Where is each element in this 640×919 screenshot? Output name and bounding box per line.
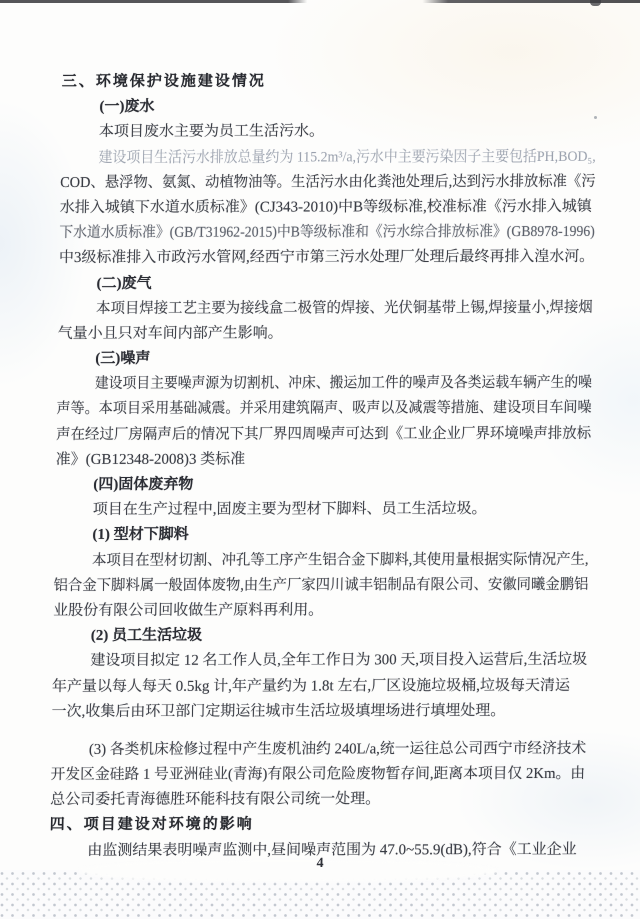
text-run: (3) 各类机床检修过程中产生废机油约 240L/a,统一运往总公司西宁市经济技… — [89, 737, 587, 763]
text-run: 项目在生产过程中,固废主要为型材下脚料、员工生活垃圾。 — [93, 497, 487, 523]
text-run: 铝合金下脚料属一般固体废物,由生产厂家四川诚丰铝制品有限公司、安徽同曦金鹏铝 — [53, 573, 588, 599]
scan-ink-blob — [590, 0, 601, 6]
text-run: 开发区金硅路 1 号亚洲硅业(青海)有限公司危险废物暂存间,距离本项目仅 2Km… — [50, 762, 585, 788]
text-run: 下水道水质标准》(GB/T31962-2015)中B等级标准和《污水综合排放标准… — [59, 220, 595, 246]
subsection-heading: (1) 型材下脚料 — [54, 522, 589, 548]
text-run: 准》(GB12348-2008)3 类标准 — [55, 447, 245, 473]
subsection-heading: (二)废气 — [58, 270, 593, 296]
text-line: 准》(GB12348-2008)3 类标准 — [55, 447, 590, 473]
text-run: 建设项目拟定 12 名工作人员,全年工作日为 300 天,项目投入运营后,生活垃… — [90, 648, 587, 674]
text-line: 年产量以每人每天 0.5kg 计,年产量约为 1.8t 左右,厂区设施垃圾桶,垃… — [52, 673, 587, 699]
scanned-document: 三、环境保护设施建设情况(一)废水本项目废水主要为员工生活污水。建设项目生活污水… — [0, 0, 640, 919]
text-run: 建设项目生活污水排放总量约为 115.2m³/a,污水中主要污染因子主要包括PH… — [98, 144, 596, 170]
text-run: 四、项目建设对环境的影响 — [50, 813, 254, 839]
section-heading: 四、项目建设对环境的影响 — [50, 812, 585, 838]
text-line: COD、悬浮物、氨氮、动植物油等。生活污水由化粪池处理后,达到污水排放标准《污 — [60, 170, 595, 196]
text-line: 气量小且只对车间内部产生影响。 — [58, 321, 593, 347]
text-run: 本项目在型材切割、冲孔等工序产生铝合金下脚料,其使用量根据实际情况产生, — [92, 547, 589, 573]
text-run: (二)废气 — [96, 271, 151, 296]
text-line: 声等。本项目采用基础减震。并采用建筑隔声、吸声以及减震等措施、建设项目车间噪 — [56, 396, 591, 422]
text-run: (2) 员工生活垃圾 — [91, 624, 203, 649]
text-run: 本项目焊接工艺主要为接线盒二极管的焊接、光伏铜基带上锡,焊接量小,焊接烟 — [96, 296, 593, 322]
text-run: (一)废水 — [99, 95, 154, 120]
text-run: 年产量以每人每天 0.5kg 计,年产量约为 1.8t 左右,厂区设施垃圾桶,垃… — [52, 673, 570, 699]
text-line: 总公司委托青海德胜环能科技有限公司统一处理。 — [50, 787, 585, 813]
text-run: 本项目废水主要为员工生活污水。 — [99, 120, 324, 146]
text-line: 本项目焊接工艺主要为接线盒二极管的焊接、光伏铜基带上锡,焊接量小,焊接烟 — [58, 296, 593, 322]
text-run: (三)噪声 — [95, 347, 150, 372]
text-line: 本项目在型材切割、冲孔等工序产生铝合金下脚料,其使用量根据实际情况产生, — [54, 547, 589, 573]
text-run: 中3级标准排入市政污水管网,经西宁市第三污水处理厂处理后最终再排入湟水河。 — [59, 245, 595, 271]
text-run: (四)固体废弃物 — [93, 473, 193, 498]
subsection-heading: (三)噪声 — [57, 346, 592, 372]
text-line: 建设项目生活污水排放总量约为 115.2m³/a,污水中主要污染因子主要包括PH… — [60, 144, 595, 170]
subsection-heading: (四)固体废弃物 — [55, 472, 590, 498]
section-heading: 三、环境保护设施建设情况 — [62, 69, 597, 95]
text-line: 一次,收集后由环卫部门定期运往城市生活垃圾填埋场进行填埋处理。 — [51, 699, 586, 725]
text-run: 建设项目主要噪声源为切割机、冲床、搬运加工件的噪声及各类运载车辆产生的噪 — [95, 371, 592, 397]
text-line: 中3级标准排入市政污水管网,经西宁市第三污水处理厂处理后最终再排入湟水河。 — [59, 245, 594, 271]
scanner-top-edge-artifact — [0, 0, 640, 3]
subsection-heading: (2) 员工生活垃圾 — [53, 623, 588, 649]
text-run: 一次,收集后由环卫部门定期运往城市生活垃圾填埋场进行填埋处理。 — [51, 699, 505, 725]
subsection-heading: (一)废水 — [61, 94, 596, 120]
text-run: 总公司委托青海德胜环能科技有限公司统一处理。 — [50, 788, 380, 814]
text-line: 下水道水质标准》(GB/T31962-2015)中B等级标准和《污水综合排放标准… — [59, 220, 594, 246]
text-run: COD、悬浮物、氨氮、动植物油等。生活污水由化粪池处理后,达到污水排放标准《污 — [60, 170, 596, 196]
text-run: (1) 型材下脚料 — [92, 523, 189, 548]
text-run: 声在经过厂房隔声后的情况下其厂界四周噪声可达到《工业企业厂界环境噪声排放标 — [56, 422, 591, 448]
text-line: 开发区金硅路 1 号亚洲硅业(青海)有限公司危险废物暂存间,距离本项目仅 2Km… — [50, 762, 585, 788]
text-line: (3) 各类机床检修过程中产生废机油约 240L/a,统一运往总公司西宁市经济技… — [51, 737, 586, 763]
text-run: 声等。本项目采用基础减震。并采用建筑隔声、吸声以及减震等措施、建设项目车间噪 — [56, 396, 591, 422]
text-line: 业股份有限公司回收做生产原料再利用。 — [53, 598, 588, 624]
text-line: 建设项目主要噪声源为切割机、冲床、搬运加工件的噪声及各类运载车辆产生的噪 — [57, 371, 592, 397]
text-line: 铝合金下脚料属一般固体废物,由生产厂家四川诚丰铝制品有限公司、安徽同曦金鹏铝 — [53, 573, 588, 599]
text-run: 水排入城镇下水道水质标准》(CJ343-2010)中B等级标准,校准标准《污水排… — [60, 195, 593, 221]
text-run: 三、环境保护设施建设情况 — [62, 70, 266, 96]
page-number: 4 — [0, 856, 640, 872]
text-run: 业股份有限公司回收做生产原料再利用。 — [53, 598, 323, 624]
text-line: 项目在生产过程中,固废主要为型材下脚料、员工生活垃圾。 — [55, 497, 590, 523]
text-line: 本项目废水主要为员工生活污水。 — [61, 119, 596, 145]
text-line: 声在经过厂房隔声后的情况下其厂界四周噪声可达到《工业企业厂界环境噪声排放标 — [56, 422, 591, 448]
page-content: 三、环境保护设施建设情况(一)废水本项目废水主要为员工生活污水。建设项目生活污水… — [49, 69, 597, 864]
text-line: 水排入城镇下水道水质标准》(CJ343-2010)中B等级标准,校准标准《污水排… — [60, 195, 595, 221]
text-line: 建设项目拟定 12 名工作人员,全年工作日为 300 天,项目投入运营后,生活垃… — [52, 648, 587, 674]
text-run: 气量小且只对车间内部产生影响。 — [58, 321, 283, 347]
